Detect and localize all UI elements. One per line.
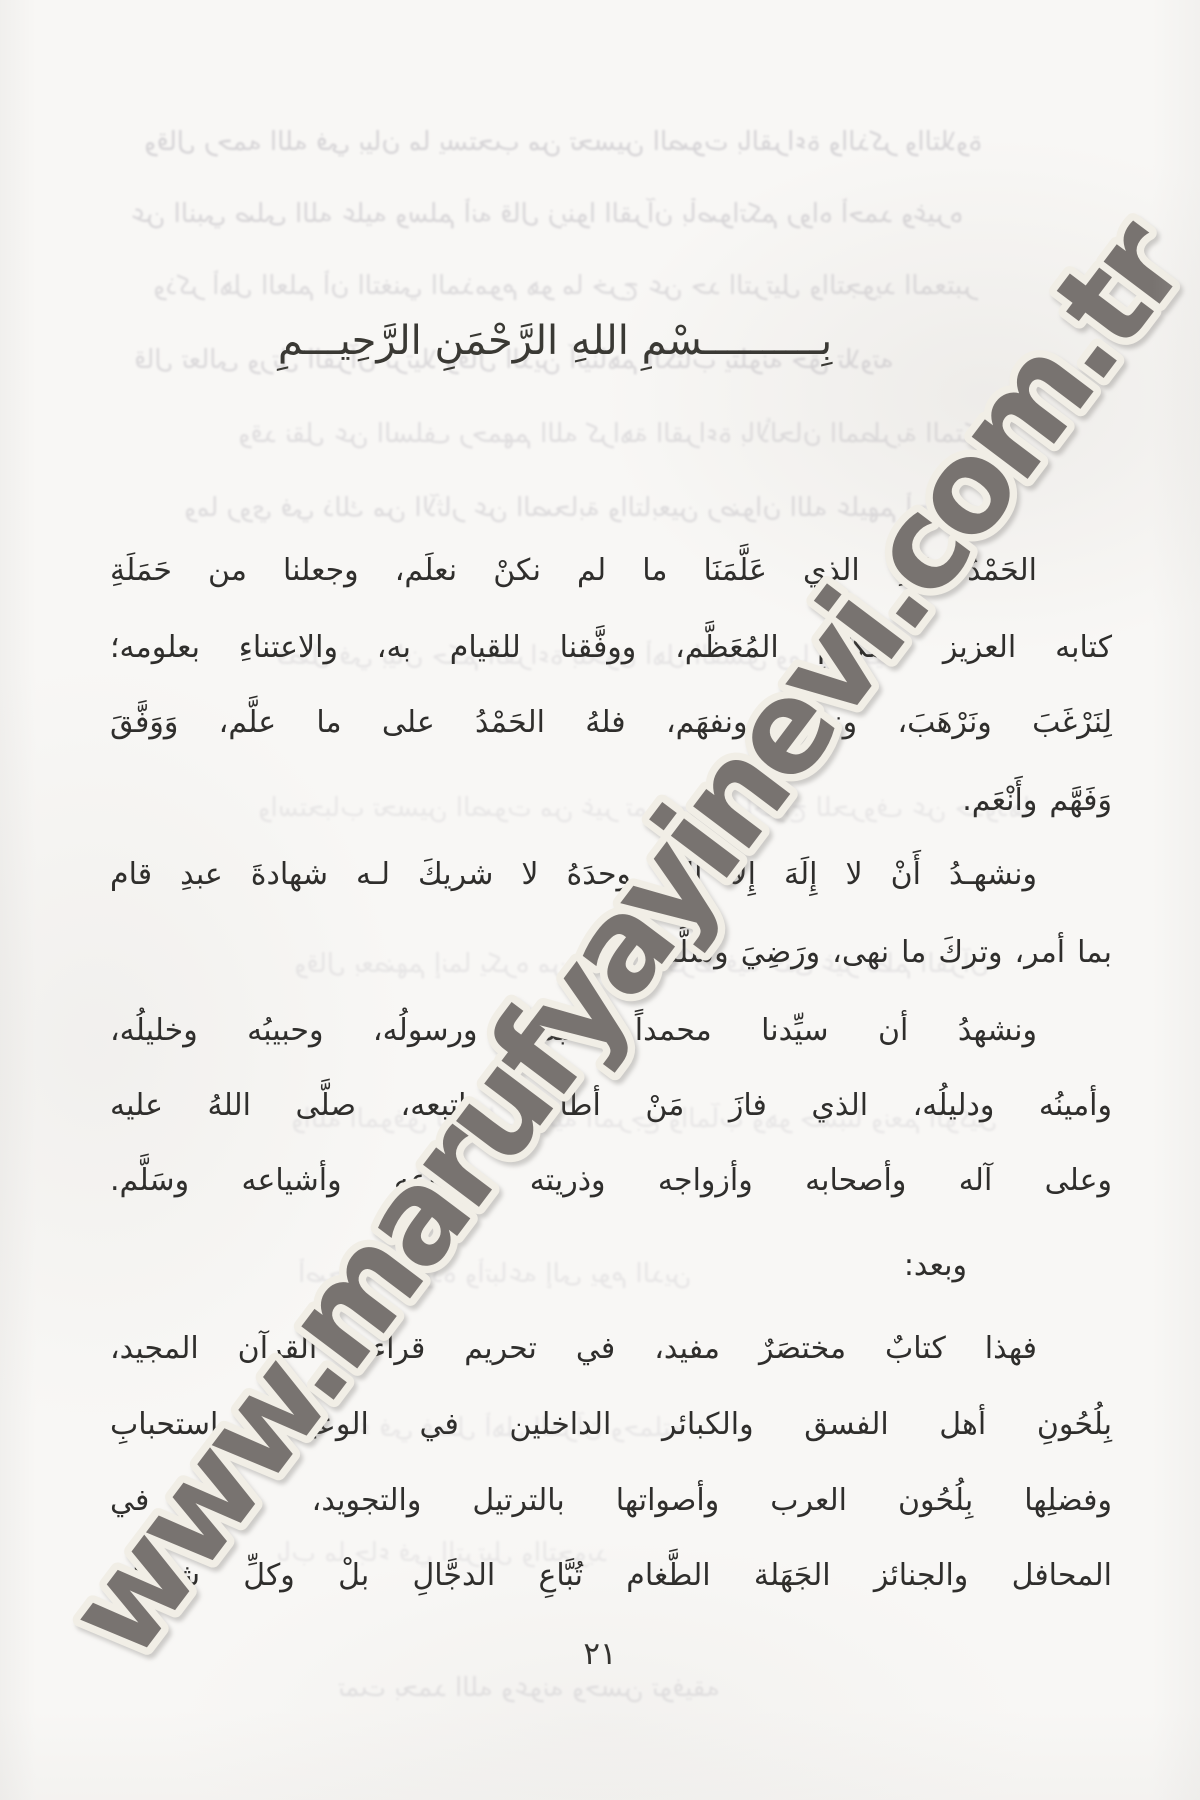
bismillah-calligraphy: بِــــــــــسْمِ اللهِ الرَّحْمَنِ الرَّ… (0, 318, 1110, 364)
text-line: كتابه العزيز المُكَرَّمِ المُعَظَّم، ووف… (110, 625, 1112, 672)
scanned-book-page: { "page": { "paper_color": "#f8f7f5", "i… (0, 0, 1200, 1800)
scan-edge-shading (0, 0, 1200, 1800)
text-line: لِنَرْغَبَ ونَرْهَبَ، ونذكرَ ونفهَم، فله… (110, 700, 1112, 747)
text-line: وبعد: (110, 1243, 967, 1290)
text-line: فهذا كتابٌ مختصَرٌ مفيد، في تحريم قراءة … (110, 1326, 1037, 1373)
text-line: الحَمْدُ للهِ الذي عَلَّمَنَا ما لم نكنْ… (110, 548, 1037, 595)
text-line: وَفَهَّم وأَنْعَم. (110, 778, 1112, 825)
showthrough-line: تمت بحمد الله وعونه وحسن توفيقه (338, 1672, 770, 1706)
text-line: بِلُحُونِ أهل الفسق والكبائر الداخلين في… (110, 1402, 1112, 1449)
showthrough-line: وقال رحمه الله في بيان ما يستحب من تحسين… (144, 126, 1080, 160)
text-line: ونشهـدُ أَنْ لا إِلَهَ إِلاَّ اللهُ وحدَ… (110, 852, 1037, 899)
text-line: وعلى آله وأصحابه وأزواجه وذريته وأتباعه … (110, 1158, 1112, 1205)
text-line: المحافل والجنائز الجَهَلة الطَّغام تُبَّ… (110, 1553, 1112, 1600)
text-line: بما أمر، وتركَ ما نهى، ورَضِيَ وسَلَّم، (110, 930, 1112, 977)
showthrough-line: وذكر أهل العلم أن التغني المذموم هو ما خ… (153, 270, 1065, 304)
showthrough-line: وما روي في ذلك من الآثار عن الصحابة والت… (184, 492, 1072, 526)
page-number: ٢١ (0, 1636, 1200, 1672)
text-line: ونشهدُ أن سيِّدنا محمداً عبدهُ ورسولُه، … (110, 1008, 1037, 1055)
watermark: www.marufyayinevi.com.tr (0, 0, 1200, 1800)
showthrough-line: وقد نقل عن السلف رحمهم الله كراهة القراء… (238, 418, 1030, 452)
showthrough-line: عن النبي صلى الله عليه وسلم أنه قال زينو… (130, 198, 1090, 232)
text-line: وفضلِها بِلُحُون العرب وأصواتها بالترتيل… (110, 1478, 1112, 1525)
text-line: وأمينُه ودليلُه، الذي فازَ مَنْ أطاعه وا… (110, 1083, 1112, 1130)
